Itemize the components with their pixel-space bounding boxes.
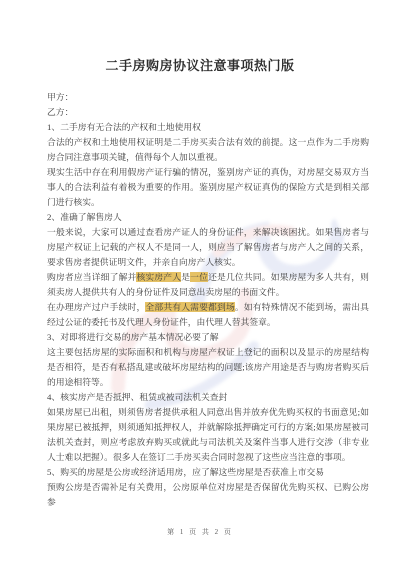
text-segment: 合法的产权和土地使用权证明是二手房买卖合法有效的前提。这一点作为二手房购房合同注… [47,137,369,162]
section-heading: 2、准确了解售房人 [47,210,369,225]
text-segment: 是 [181,272,190,282]
text-segment: 购房者应当详细了解并 [47,272,136,282]
page-footer: 第 1 页 共 2 页 [0,527,400,537]
text-segment: 这主要包括房屋的实际面积和机构与房屋产权证上登记的面积以及显示的房屋结构是否相符… [47,347,369,387]
paragraph: 如果房屋已出租，则须售房者提供承租人同意出售并放弃优先购买权的书面意见;如果房屋… [47,405,369,465]
party-field: 甲方： [47,90,369,105]
section-heading: 5、购买的房屋是公房或经济适用房，应了解这些房屋是否获准上市交易 [47,465,369,480]
section-heading: 4、核实房产是否抵押、租赁或被司法机关查封 [47,390,369,405]
paragraph: 预购公房是否需补足有关费用，公房原单位对房屋是否保留优先购买权、已购公房参 [47,480,369,510]
text-segment: 一般来说，大家可以通过查看房产证人的身份证件，来解决该困扰。如果售房者与房屋产权… [47,227,369,267]
highlighted-text: 一位 [190,272,208,282]
text-segment: 4、核实房产是否抵押、租赁或被司法机关查封 [47,392,227,402]
text-segment: 如果房屋已出租，则须售房者提供承租人同意出售并放弃优先购买权的书面意见;如果房屋… [47,407,369,462]
paragraph: 购房者应当详细了解并核实房产人是一位还是几位共同。如果房屋为多人共有，则须卖房人… [47,270,369,300]
text-segment: 在办理房产过户手续时， [47,302,145,312]
highlighted-text: 核实房产人 [136,272,181,282]
paragraph: 合法的产权和土地使用权证明是二手房买卖合法有效的前提。这一点作为二手房购房合同注… [47,135,369,165]
text-segment: 乙方： [47,107,73,117]
text-segment: 2、准确了解售房人 [47,212,122,222]
paragraph: 一般来说，大家可以通过查看房产证人的身份证件，来解决该困扰。如果售房者与房屋产权… [47,225,369,270]
text-segment: 3、对即将进行交易的房产基本情况必要了解 [47,332,219,342]
text-segment: 现实生活中存在利用假房产证行骗的情况，鉴别房产证的真伪，对房屋交易双方当事人的合… [47,167,369,207]
paragraph: 在办理房产过户手续时，全部共有人需要都到场。如有特殊情况不能到场，需出具经过公证… [47,300,369,330]
page-title: 二手房购房协议注意事项热门版 [0,55,400,74]
document-content: 甲方：乙方：1、二手房有无合法的产权和土地使用权合法的产权和土地使用权证明是二手… [47,90,369,510]
text-segment: 预购公房是否需补足有关费用，公房原单位对房屋是否保留优先购买权、已购公房参 [47,482,369,507]
text-segment: 1、二手房有无合法的产权和土地使用权 [47,122,201,132]
section-heading: 1、二手房有无合法的产权和土地使用权 [47,120,369,135]
text-segment: 5、购买的房屋是公房或经济适用房，应了解这些房屋是否获准上市交易 [47,467,324,477]
highlighted-text: 全部共有人需要都到场 [145,302,234,312]
paragraph: 这主要包括房屋的实际面积和机构与房屋产权证上登记的面积以及显示的房屋结构是否相符… [47,345,369,390]
paragraph: 现实生活中存在利用假房产证行骗的情况，鉴别房产证的真伪，对房屋交易双方当事人的合… [47,165,369,210]
document-page: 二手房购房协议注意事项热门版 甲方：乙方：1、二手房有无合法的产权和土地使用权合… [0,0,400,565]
section-heading: 3、对即将进行交易的房产基本情况必要了解 [47,330,369,345]
party-field: 乙方： [47,105,369,120]
text-segment: 甲方： [47,92,73,102]
